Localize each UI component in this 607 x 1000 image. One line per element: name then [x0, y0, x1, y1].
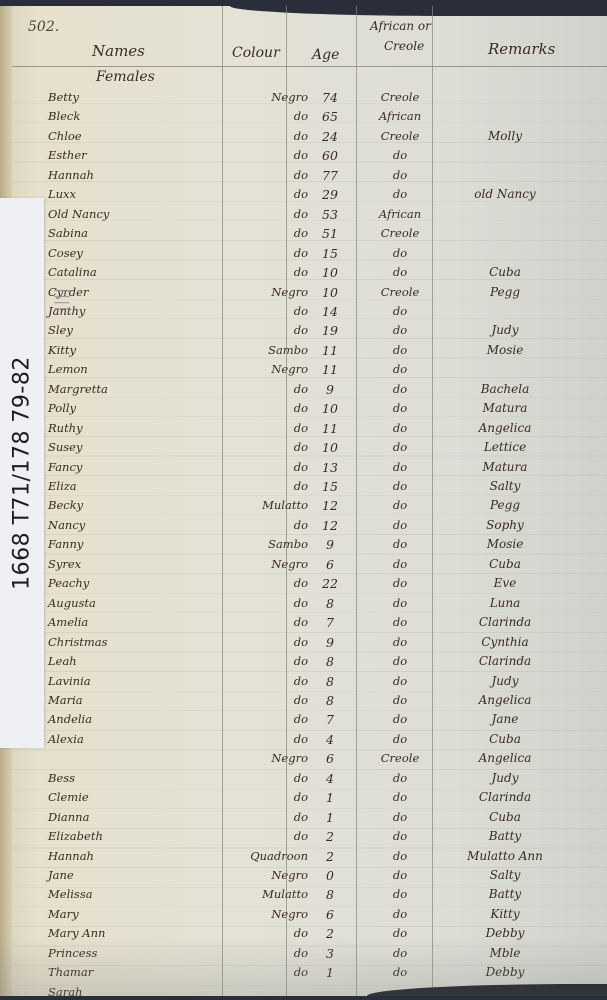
- cell-age: 51: [315, 226, 345, 241]
- cell-age: 10: [315, 265, 345, 280]
- cell-origin: do: [370, 168, 430, 182]
- cell-name: Fancy: [48, 460, 82, 474]
- cell-colour: do: [238, 304, 308, 318]
- section-title: Females: [96, 70, 155, 84]
- table-row: Peachydo22doEve: [0, 576, 607, 596]
- cell-remarks: Angelica: [445, 421, 565, 435]
- table-row: Alexiado4doCuba: [0, 732, 607, 752]
- ledger-page: 502. Names Colour Age African or Creole …: [0, 6, 607, 996]
- cell-colour: do: [238, 674, 308, 688]
- cell-age: 9: [315, 382, 345, 397]
- cell-age: 6: [315, 751, 345, 766]
- cell-origin: do: [370, 246, 430, 260]
- cell-remarks: Luna: [445, 596, 565, 610]
- cell-colour: do: [238, 965, 308, 979]
- cell-remarks: Mosie: [445, 537, 565, 551]
- cell-name: Melissa: [48, 887, 93, 901]
- cell-age: 60: [315, 148, 345, 163]
- table-row: Old Nancydo53African: [0, 207, 607, 227]
- cell-name: Andelia: [48, 712, 92, 726]
- cell-origin: do: [370, 771, 430, 785]
- cell-colour: Sambo: [238, 343, 308, 357]
- cell-colour: do: [238, 421, 308, 435]
- cell-name: Princess: [48, 946, 97, 960]
- cell-origin: do: [370, 596, 430, 610]
- cell-name: Sley: [48, 323, 73, 337]
- cell-age: 29: [315, 187, 345, 202]
- cell-origin: African: [370, 207, 430, 221]
- cell-origin: do: [370, 654, 430, 668]
- cell-origin: do: [370, 518, 430, 532]
- cell-age: 15: [315, 246, 345, 261]
- cell-name: Mary Ann: [48, 926, 105, 940]
- cell-name: Catalina: [48, 265, 97, 279]
- cell-age: 19: [315, 323, 345, 338]
- cell-remarks: Pegg: [445, 498, 565, 512]
- cell-colour: do: [238, 732, 308, 746]
- table-row: Clemiedo1doClarinda: [0, 790, 607, 810]
- cell-origin: Creole: [370, 285, 430, 299]
- cell-remarks: Cuba: [445, 557, 565, 571]
- cell-colour: Mulatto: [238, 887, 308, 901]
- cell-name: Sarah: [48, 985, 83, 996]
- table-row: Princessdo3doMble: [0, 946, 607, 966]
- archive-reference-label: 1668 T71/178 79-82: [0, 198, 44, 748]
- cell-origin: do: [370, 829, 430, 843]
- cell-origin: do: [370, 790, 430, 804]
- cell-name: Becky: [48, 498, 83, 512]
- cell-colour: do: [238, 129, 308, 143]
- cell-remarks: Cuba: [445, 732, 565, 746]
- cell-age: 24: [315, 129, 345, 144]
- cell-name: Amelia: [48, 615, 88, 629]
- header-age: Age: [312, 48, 339, 62]
- cell-age: 2: [315, 829, 345, 844]
- cell-age: 11: [315, 343, 345, 358]
- cell-remarks: Salty: [445, 479, 565, 493]
- cell-name: Lavinia: [48, 674, 91, 688]
- cell-age: 13: [315, 460, 345, 475]
- table-row: Negro6CreoleAngelica: [0, 751, 607, 771]
- cell-age: 12: [315, 518, 345, 533]
- cell-remarks: Judy: [445, 323, 565, 337]
- cell-colour: Negro: [238, 868, 308, 882]
- cell-remarks: Kitty: [445, 907, 565, 921]
- cell-origin: do: [370, 693, 430, 707]
- cell-remarks: Judy: [445, 674, 565, 688]
- table-row: Elizabethdo2doBatty: [0, 829, 607, 849]
- cell-colour: Negro: [238, 907, 308, 921]
- cell-name: Susey: [48, 440, 83, 454]
- cell-colour: do: [238, 712, 308, 726]
- cell-origin: do: [370, 479, 430, 493]
- cell-remarks: Clarinda: [445, 790, 565, 804]
- cell-name: Alexia: [48, 732, 84, 746]
- table-row: Bessdo4doJudy: [0, 771, 607, 791]
- cell-origin: African: [370, 109, 430, 123]
- cell-origin: do: [370, 557, 430, 571]
- table-row: Augustado8doLuna: [0, 596, 607, 616]
- page-number: 502.: [28, 20, 59, 34]
- cell-name: Ruthy: [48, 421, 83, 435]
- table-row: BeckyMulatto12doPegg: [0, 498, 607, 518]
- cell-origin: do: [370, 304, 430, 318]
- table-row: Chloedo24CreoleMolly: [0, 129, 607, 149]
- cell-origin: do: [370, 868, 430, 882]
- cell-remarks: Debby: [445, 965, 565, 979]
- table-row: LemonNegro11do: [0, 362, 607, 382]
- cell-name: Old Nancy: [48, 207, 109, 221]
- cell-name: Eliza: [48, 479, 77, 493]
- cell-age: 12: [315, 498, 345, 513]
- archive-reference-text: 1668 T71/178 79-82: [10, 356, 35, 590]
- cell-remarks: old Nancy: [445, 187, 565, 201]
- table-row: Sabinado51Creole: [0, 226, 607, 246]
- cell-remarks: Matura: [445, 401, 565, 415]
- cell-origin: Creole: [370, 90, 430, 104]
- cell-remarks: Pegg: [445, 285, 565, 299]
- cell-origin: do: [370, 401, 430, 415]
- cell-age: 14: [315, 304, 345, 319]
- cell-colour: do: [238, 810, 308, 824]
- cell-age: 9: [315, 537, 345, 552]
- tally-mark: ||||: [50, 292, 76, 322]
- cell-origin: do: [370, 907, 430, 921]
- table-row: Diannado1doCuba: [0, 810, 607, 830]
- cell-age: 0: [315, 868, 345, 883]
- cell-age: 15: [315, 479, 345, 494]
- header-colour: Colour: [232, 46, 280, 60]
- cell-colour: do: [238, 207, 308, 221]
- cell-remarks: Mulatto Ann: [445, 849, 565, 863]
- cell-colour: do: [238, 382, 308, 396]
- header-origin-line1: African or: [370, 20, 431, 32]
- table-row: JaneNegro0doSalty: [0, 868, 607, 888]
- cell-colour: do: [238, 460, 308, 474]
- table-row: Ameliado7doClarinda: [0, 615, 607, 635]
- cell-age: 4: [315, 732, 345, 747]
- cell-remarks: Mosie: [445, 343, 565, 357]
- cell-colour: do: [238, 168, 308, 182]
- cell-origin: do: [370, 712, 430, 726]
- header-origin-line2: Creole: [384, 40, 424, 52]
- cell-age: 1: [315, 790, 345, 805]
- cell-colour: do: [238, 946, 308, 960]
- cell-origin: do: [370, 148, 430, 162]
- table-row: Laviniado8doJudy: [0, 674, 607, 694]
- cell-origin: do: [370, 187, 430, 201]
- cell-remarks: Batty: [445, 887, 565, 901]
- cell-origin: do: [370, 323, 430, 337]
- cell-age: 6: [315, 907, 345, 922]
- cell-origin: do: [370, 537, 430, 551]
- cell-name: Lemon: [48, 362, 88, 376]
- cell-colour: do: [238, 226, 308, 240]
- cell-colour: Negro: [238, 362, 308, 376]
- cell-age: 65: [315, 109, 345, 124]
- cell-age: 2: [315, 849, 345, 864]
- cell-origin: do: [370, 674, 430, 688]
- cell-name: Sabina: [48, 226, 88, 240]
- cell-colour: do: [238, 323, 308, 337]
- cell-name: Augusta: [48, 596, 96, 610]
- cell-colour: do: [238, 596, 308, 610]
- cell-remarks: Eve: [445, 576, 565, 590]
- cell-colour: do: [238, 479, 308, 493]
- table-row: CyrderNegro10CreolePegg: [0, 285, 607, 305]
- cell-colour: do: [238, 926, 308, 940]
- cell-remarks: Molly: [445, 129, 565, 143]
- cell-age: 8: [315, 693, 345, 708]
- cell-colour: Mulatto: [238, 498, 308, 512]
- cell-name: Esther: [48, 148, 87, 162]
- cell-age: 9: [315, 635, 345, 650]
- cell-colour: do: [238, 615, 308, 629]
- cell-remarks: Lettice: [445, 440, 565, 454]
- cell-name: Chloe: [48, 129, 82, 143]
- table-row: Thamardo1doDebby: [0, 965, 607, 985]
- table-row: MelissaMulatto8doBatty: [0, 887, 607, 907]
- table-row: SyrexNegro6doCuba: [0, 557, 607, 577]
- cell-origin: Creole: [370, 751, 430, 765]
- cell-age: 8: [315, 596, 345, 611]
- cell-name: Dianna: [48, 810, 89, 824]
- cell-remarks: Matura: [445, 460, 565, 474]
- table-row: Coseydo15do: [0, 246, 607, 266]
- cell-colour: Negro: [238, 751, 308, 765]
- cell-colour: do: [238, 576, 308, 590]
- cell-age: 74: [315, 90, 345, 105]
- table-row: Margrettado9doBachela: [0, 382, 607, 402]
- cell-age: 2: [315, 926, 345, 941]
- cell-age: 10: [315, 285, 345, 300]
- cell-name: Clemie: [48, 790, 89, 804]
- cell-colour: do: [238, 401, 308, 415]
- cell-remarks: Cuba: [445, 810, 565, 824]
- table-row: MaryNegro6doKitty: [0, 907, 607, 927]
- table-row: BettyNegro74Creole: [0, 90, 607, 110]
- cell-colour: do: [238, 265, 308, 279]
- cell-origin: do: [370, 440, 430, 454]
- cell-name: Kitty: [48, 343, 76, 357]
- cell-name: Syrex: [48, 557, 81, 571]
- cell-colour: do: [238, 440, 308, 454]
- cell-age: 6: [315, 557, 345, 572]
- cell-remarks: Salty: [445, 868, 565, 882]
- cell-name: Bess: [48, 771, 75, 785]
- cell-age: 8: [315, 887, 345, 902]
- cell-remarks: Debby: [445, 926, 565, 940]
- cell-origin: do: [370, 421, 430, 435]
- table-row: Andeliado7doJane: [0, 712, 607, 732]
- cell-remarks: Clarinda: [445, 615, 565, 629]
- cell-name: Polly: [48, 401, 76, 415]
- cell-origin: do: [370, 615, 430, 629]
- cell-name: Christmas: [48, 635, 108, 649]
- table-row: Hannahdo77do: [0, 168, 607, 188]
- cell-remarks: Angelica: [445, 751, 565, 765]
- cell-name: Thamar: [48, 965, 93, 979]
- table-row: Janthydo14do: [0, 304, 607, 324]
- table-row: Sarah: [0, 985, 607, 996]
- header-remarks: Remarks: [488, 42, 555, 57]
- cell-name: Fanny: [48, 537, 83, 551]
- table-row: Christmasdo9doCynthia: [0, 635, 607, 655]
- cell-remarks: Judy: [445, 771, 565, 785]
- cell-origin: do: [370, 362, 430, 376]
- cell-name: Hannah: [48, 849, 94, 863]
- cell-origin: do: [370, 926, 430, 940]
- cell-colour: do: [238, 693, 308, 707]
- cell-name: Mary: [48, 907, 79, 921]
- cell-origin: Creole: [370, 226, 430, 240]
- cell-origin: do: [370, 965, 430, 979]
- cell-colour: do: [238, 771, 308, 785]
- cell-name: Margretta: [48, 382, 108, 396]
- cell-colour: Sambo: [238, 537, 308, 551]
- header-rule: [12, 66, 607, 67]
- cell-colour: do: [238, 518, 308, 532]
- cell-origin: do: [370, 265, 430, 279]
- cell-remarks: Sophy: [445, 518, 565, 532]
- cell-origin: do: [370, 849, 430, 863]
- cell-remarks: Cuba: [445, 265, 565, 279]
- cell-age: 10: [315, 440, 345, 455]
- cell-name: Betty: [48, 90, 79, 104]
- table-row: Leahdo8doClarinda: [0, 654, 607, 674]
- cell-remarks: Bachela: [445, 382, 565, 396]
- cell-name: Hannah: [48, 168, 94, 182]
- cell-colour: do: [238, 790, 308, 804]
- cell-colour: do: [238, 635, 308, 649]
- cell-age: 7: [315, 615, 345, 630]
- cell-origin: do: [370, 382, 430, 396]
- cell-colour: do: [238, 109, 308, 123]
- cell-remarks: Angelica: [445, 693, 565, 707]
- table-row: Pollydo10doMatura: [0, 401, 607, 421]
- table-row: Estherdo60do: [0, 148, 607, 168]
- cell-colour: do: [238, 148, 308, 162]
- cell-name: Luxx: [48, 187, 76, 201]
- cell-name: Elizabeth: [48, 829, 103, 843]
- table-row: Catalinado10doCuba: [0, 265, 607, 285]
- cell-colour: do: [238, 246, 308, 260]
- table-row: Sleydo19doJudy: [0, 323, 607, 343]
- table-row: Suseydo10doLettice: [0, 440, 607, 460]
- table-row: Nancydo12doSophy: [0, 518, 607, 538]
- cell-name: Jane: [48, 868, 74, 882]
- cell-origin: Creole: [370, 129, 430, 143]
- cell-name: Cosey: [48, 246, 83, 260]
- cell-colour: do: [238, 187, 308, 201]
- cell-age: 3: [315, 946, 345, 961]
- cell-age: 77: [315, 168, 345, 183]
- table-row: FannySambo9doMosie: [0, 537, 607, 557]
- cell-age: 4: [315, 771, 345, 786]
- cell-colour: Negro: [238, 285, 308, 299]
- cell-name: Leah: [48, 654, 77, 668]
- cell-age: 8: [315, 654, 345, 669]
- cell-colour: do: [238, 654, 308, 668]
- cell-name: Nancy: [48, 518, 85, 532]
- table-row: Mariado8doAngelica: [0, 693, 607, 713]
- cell-remarks: Batty: [445, 829, 565, 843]
- page-curl-shadow-bottom: [367, 984, 607, 996]
- table-row: Ruthydo11doAngelica: [0, 421, 607, 441]
- cell-name: Bleck: [48, 109, 80, 123]
- table-row: Fancydo13doMatura: [0, 460, 607, 480]
- cell-origin: do: [370, 810, 430, 824]
- cell-origin: do: [370, 732, 430, 746]
- cell-age: 11: [315, 362, 345, 377]
- cell-remarks: Mble: [445, 946, 565, 960]
- table-row: HannahQuadroon2doMulatto Ann: [0, 849, 607, 869]
- cell-age: 1: [315, 965, 345, 980]
- cell-origin: do: [370, 576, 430, 590]
- cell-age: 11: [315, 421, 345, 436]
- cell-origin: do: [370, 635, 430, 649]
- cell-origin: do: [370, 946, 430, 960]
- cell-origin: do: [370, 887, 430, 901]
- cell-name: Maria: [48, 693, 83, 707]
- cell-name: Peachy: [48, 576, 89, 590]
- cell-age: 8: [315, 674, 345, 689]
- cell-origin: do: [370, 498, 430, 512]
- cell-colour: Quadroon: [238, 849, 308, 863]
- table-row: Mary Anndo2doDebby: [0, 926, 607, 946]
- cell-remarks: Clarinda: [445, 654, 565, 668]
- cell-colour: do: [238, 829, 308, 843]
- cell-age: 10: [315, 401, 345, 416]
- cell-age: 1: [315, 810, 345, 825]
- table-row: KittySambo11doMosie: [0, 343, 607, 363]
- table-row: Elizado15doSalty: [0, 479, 607, 499]
- header-names: Names: [92, 44, 145, 59]
- cell-remarks: Jane: [445, 712, 565, 726]
- cell-age: 53: [315, 207, 345, 222]
- cell-origin: do: [370, 343, 430, 357]
- cell-age: 22: [315, 576, 345, 591]
- table-row: Luxxdo29doold Nancy: [0, 187, 607, 207]
- cell-age: 7: [315, 712, 345, 727]
- cell-colour: Negro: [238, 90, 308, 104]
- cell-colour: Negro: [238, 557, 308, 571]
- cell-origin: do: [370, 460, 430, 474]
- table-row: Bleckdo65African: [0, 109, 607, 129]
- cell-remarks: Cynthia: [445, 635, 565, 649]
